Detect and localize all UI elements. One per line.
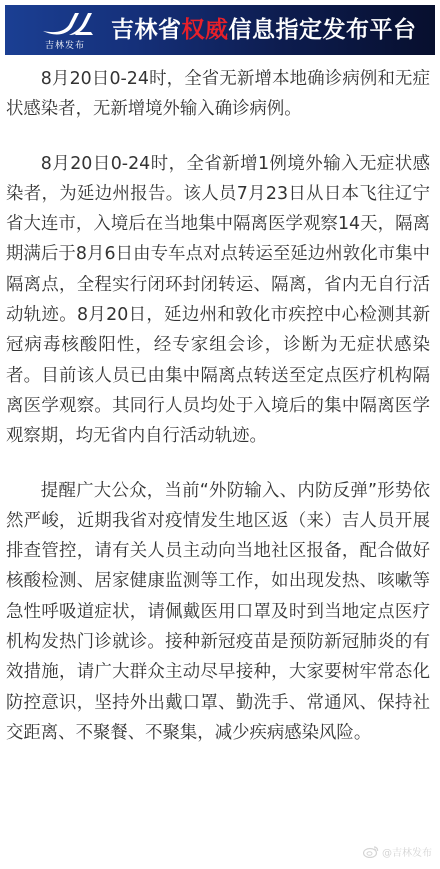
jl-logo-icon [39,11,95,39]
banner-title-suffix: 信息指定发布平台 [229,17,417,43]
paragraph-local-cases: 8月20日0-24时，全省无新增本地确诊病例和无症状感染者，无新增境外输入确诊病… [6,64,430,125]
paragraph-public-reminder: 提醒广大公众，当前“外防输入、内防反弹”形势依然严峻，近期我省对疫情发生地区返（… [6,476,430,749]
jilin-release-logo: 吉林发布 [37,11,97,51]
weibo-icon [363,845,379,858]
paragraph-imported-case: 8月20日0-24时，全省新增1例境外输入无症状感染者，为延边州报告。该人员7月… [6,149,430,452]
banner-title-prefix: 吉林省 [111,17,182,43]
logo-caption: 吉林发布 [45,38,85,51]
weibo-watermark: @吉林发布 [363,844,432,859]
article-body: 8月20日0-24时，全省无新增本地确诊病例和无症状感染者，无新增境外输入确诊病… [6,64,430,772]
banner-title: 吉林省权威信息指定发布平台 [111,14,417,46]
header-banner: 吉林发布 吉林省权威信息指定发布平台 [5,5,435,55]
banner-title-highlight: 权威 [182,17,229,43]
watermark-text: @吉林发布 [382,844,432,859]
